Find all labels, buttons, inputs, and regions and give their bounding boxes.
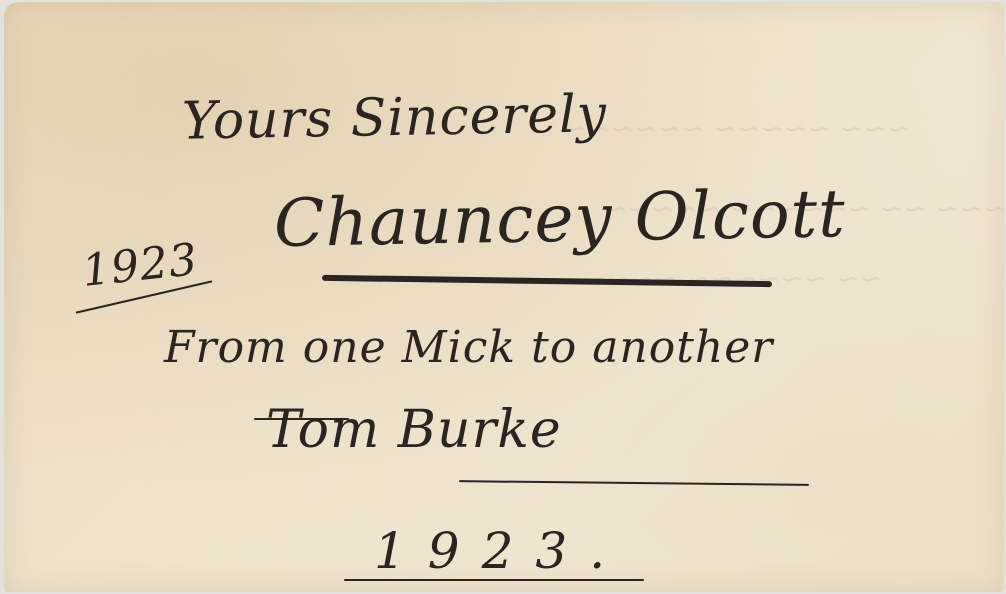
year-text: 1923. bbox=[374, 522, 627, 580]
year-underline bbox=[344, 579, 644, 581]
signature-chauncey-olcott: Chauncey Olcott bbox=[273, 175, 846, 262]
inscription-text: From one Mick to another bbox=[164, 322, 773, 373]
signature-tom-burke: Tom Burke bbox=[266, 400, 562, 460]
bleed-through-text: ~~~ ~~~~~ ~~~~~~ bbox=[564, 112, 910, 145]
signature-underline bbox=[459, 480, 809, 486]
closing-text: Yours Sincerely bbox=[182, 84, 608, 151]
autograph-card: ~~~ ~~~~~ ~~~~~~ ~~~ ~~ ~~~~~~ ~~~~~ ~~ … bbox=[4, 2, 1004, 592]
